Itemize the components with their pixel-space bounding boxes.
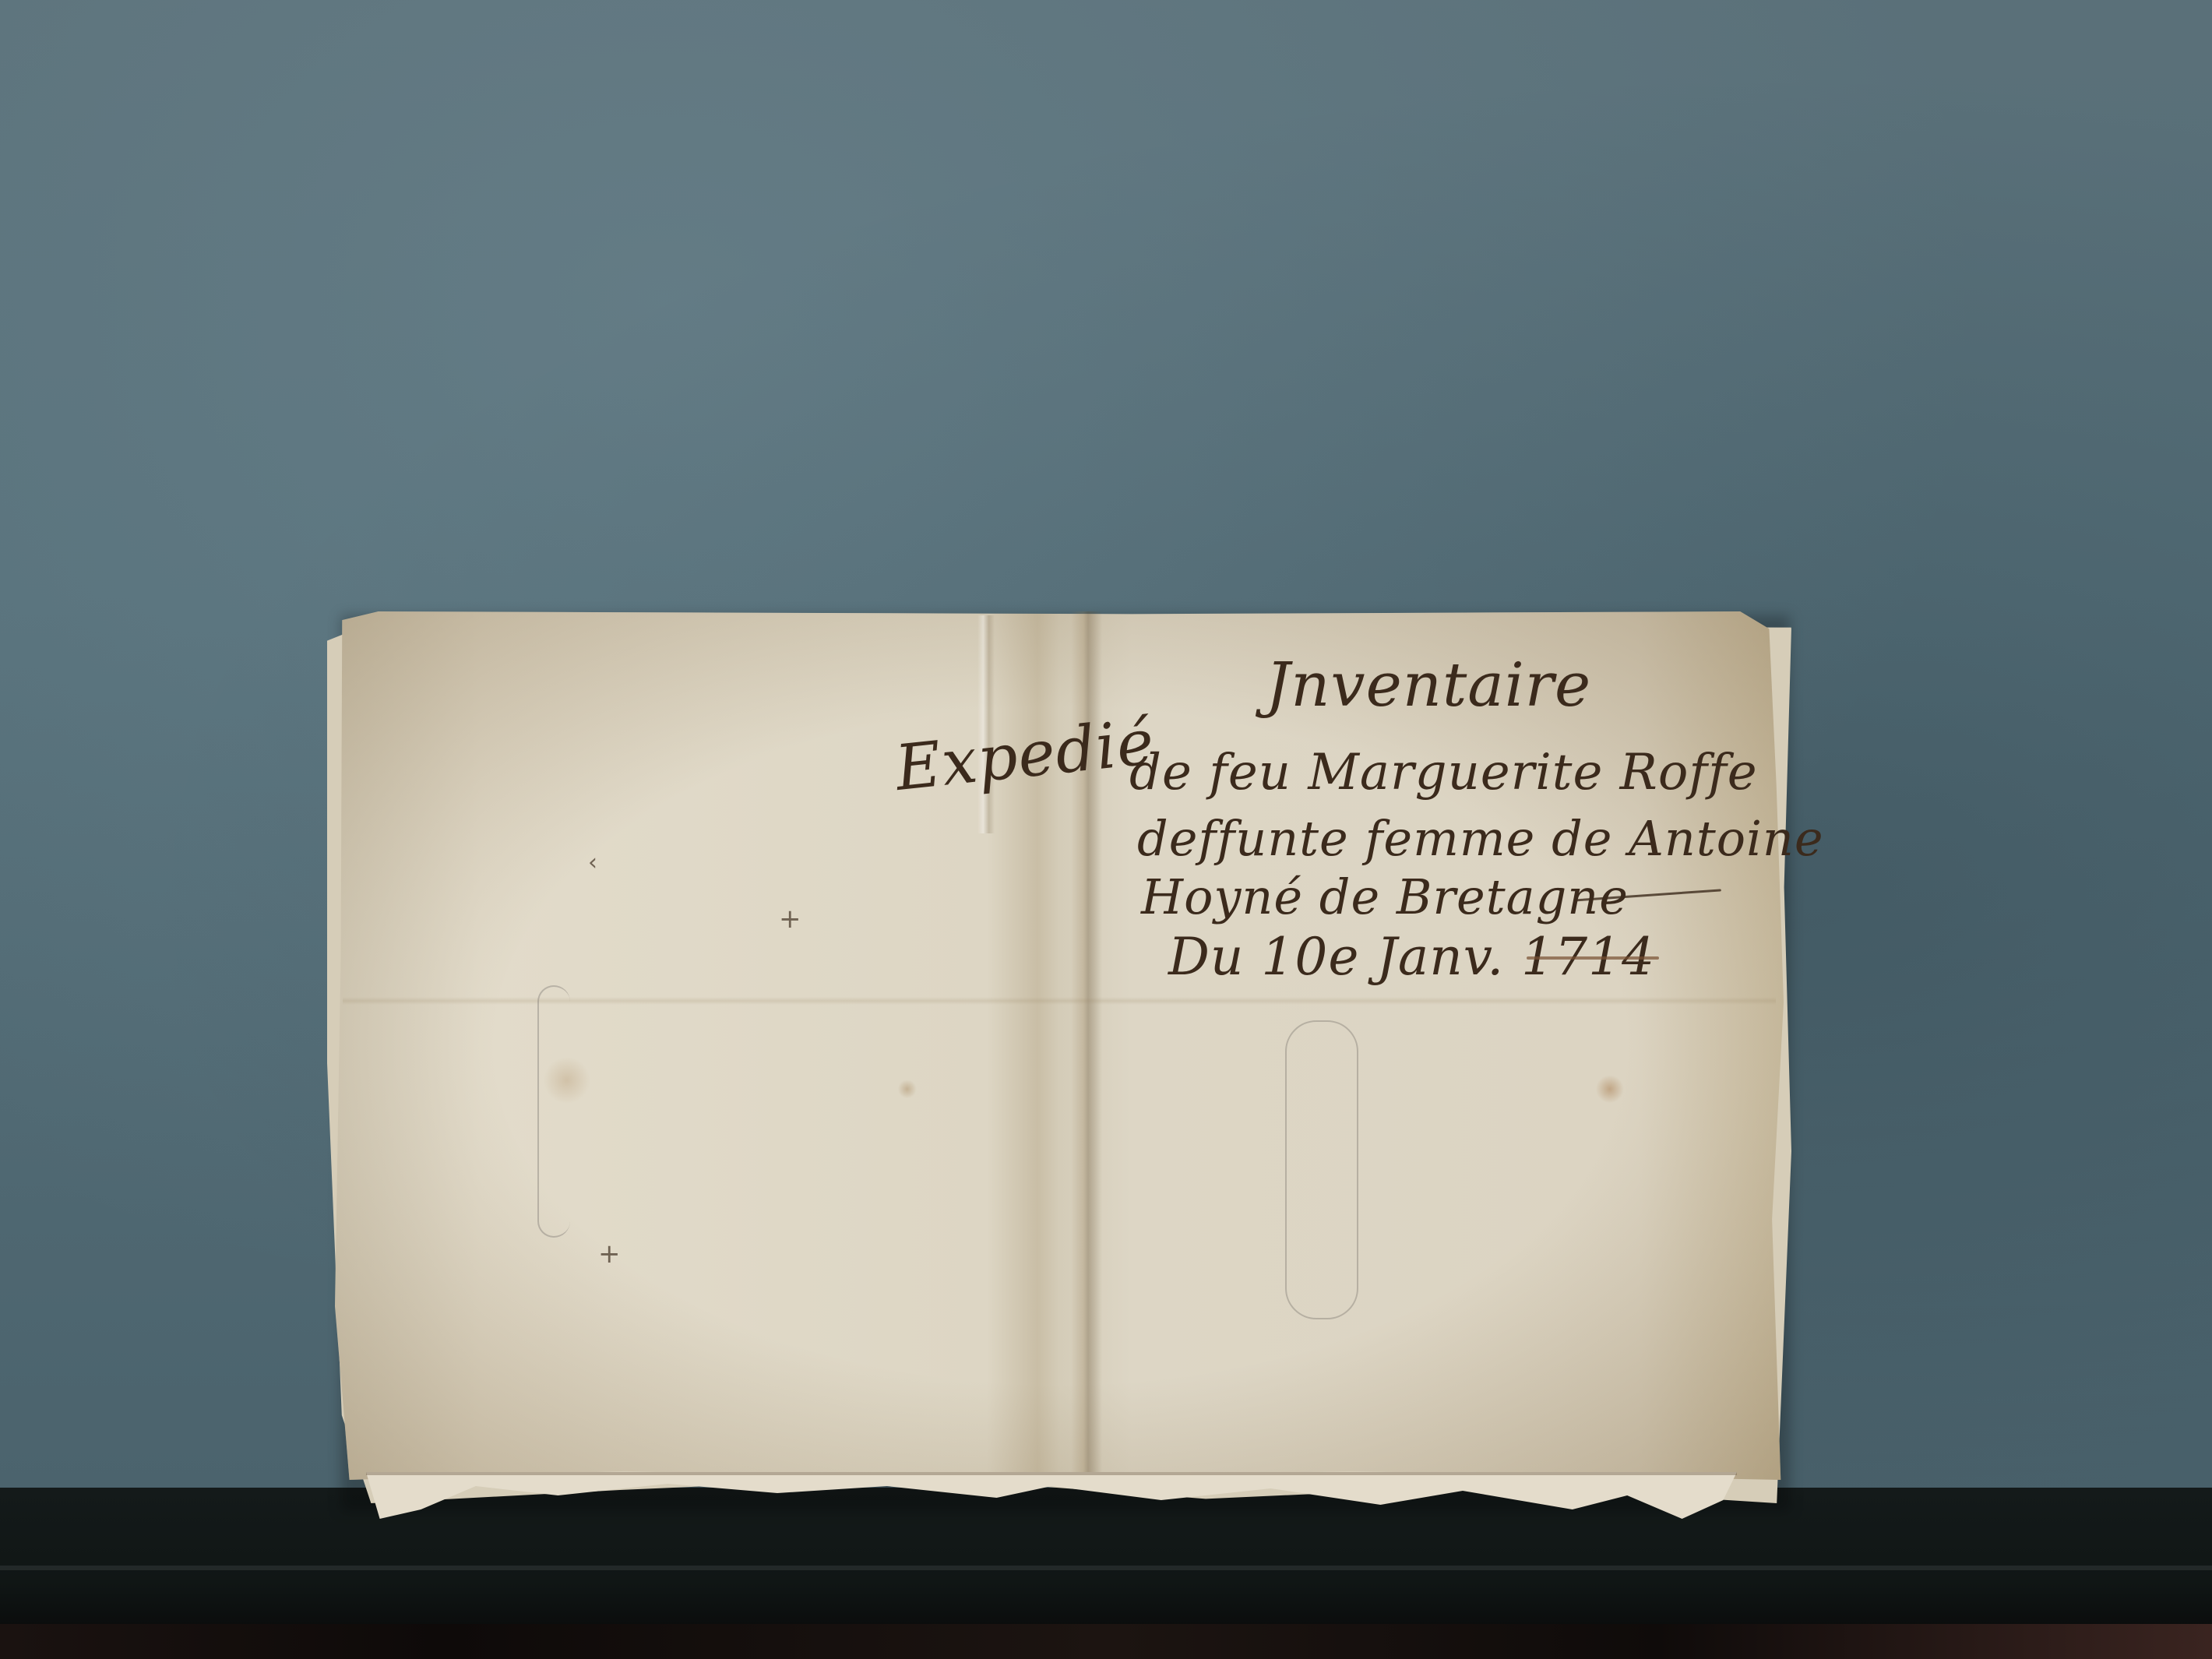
pencil-mark (537, 985, 570, 1238)
inscription-line: de feu Marguerite Roffe (1129, 744, 1758, 801)
cross-mark: + (598, 1238, 621, 1270)
torn-edge-line (366, 1472, 1737, 1475)
inscription-line: deffunte femme de Antoine (1137, 810, 1824, 867)
cross-mark: + (779, 903, 801, 935)
ink-mark: ‹ (588, 849, 597, 876)
inscription-line: Hoyné de Bretagne (1141, 868, 1629, 925)
date-underline (1527, 956, 1659, 960)
document-title: Jnventaire (1266, 650, 1591, 720)
pencil-mark (1285, 1020, 1358, 1319)
shelf-front (0, 1624, 2212, 1659)
shelf-edge (0, 1566, 2212, 1570)
